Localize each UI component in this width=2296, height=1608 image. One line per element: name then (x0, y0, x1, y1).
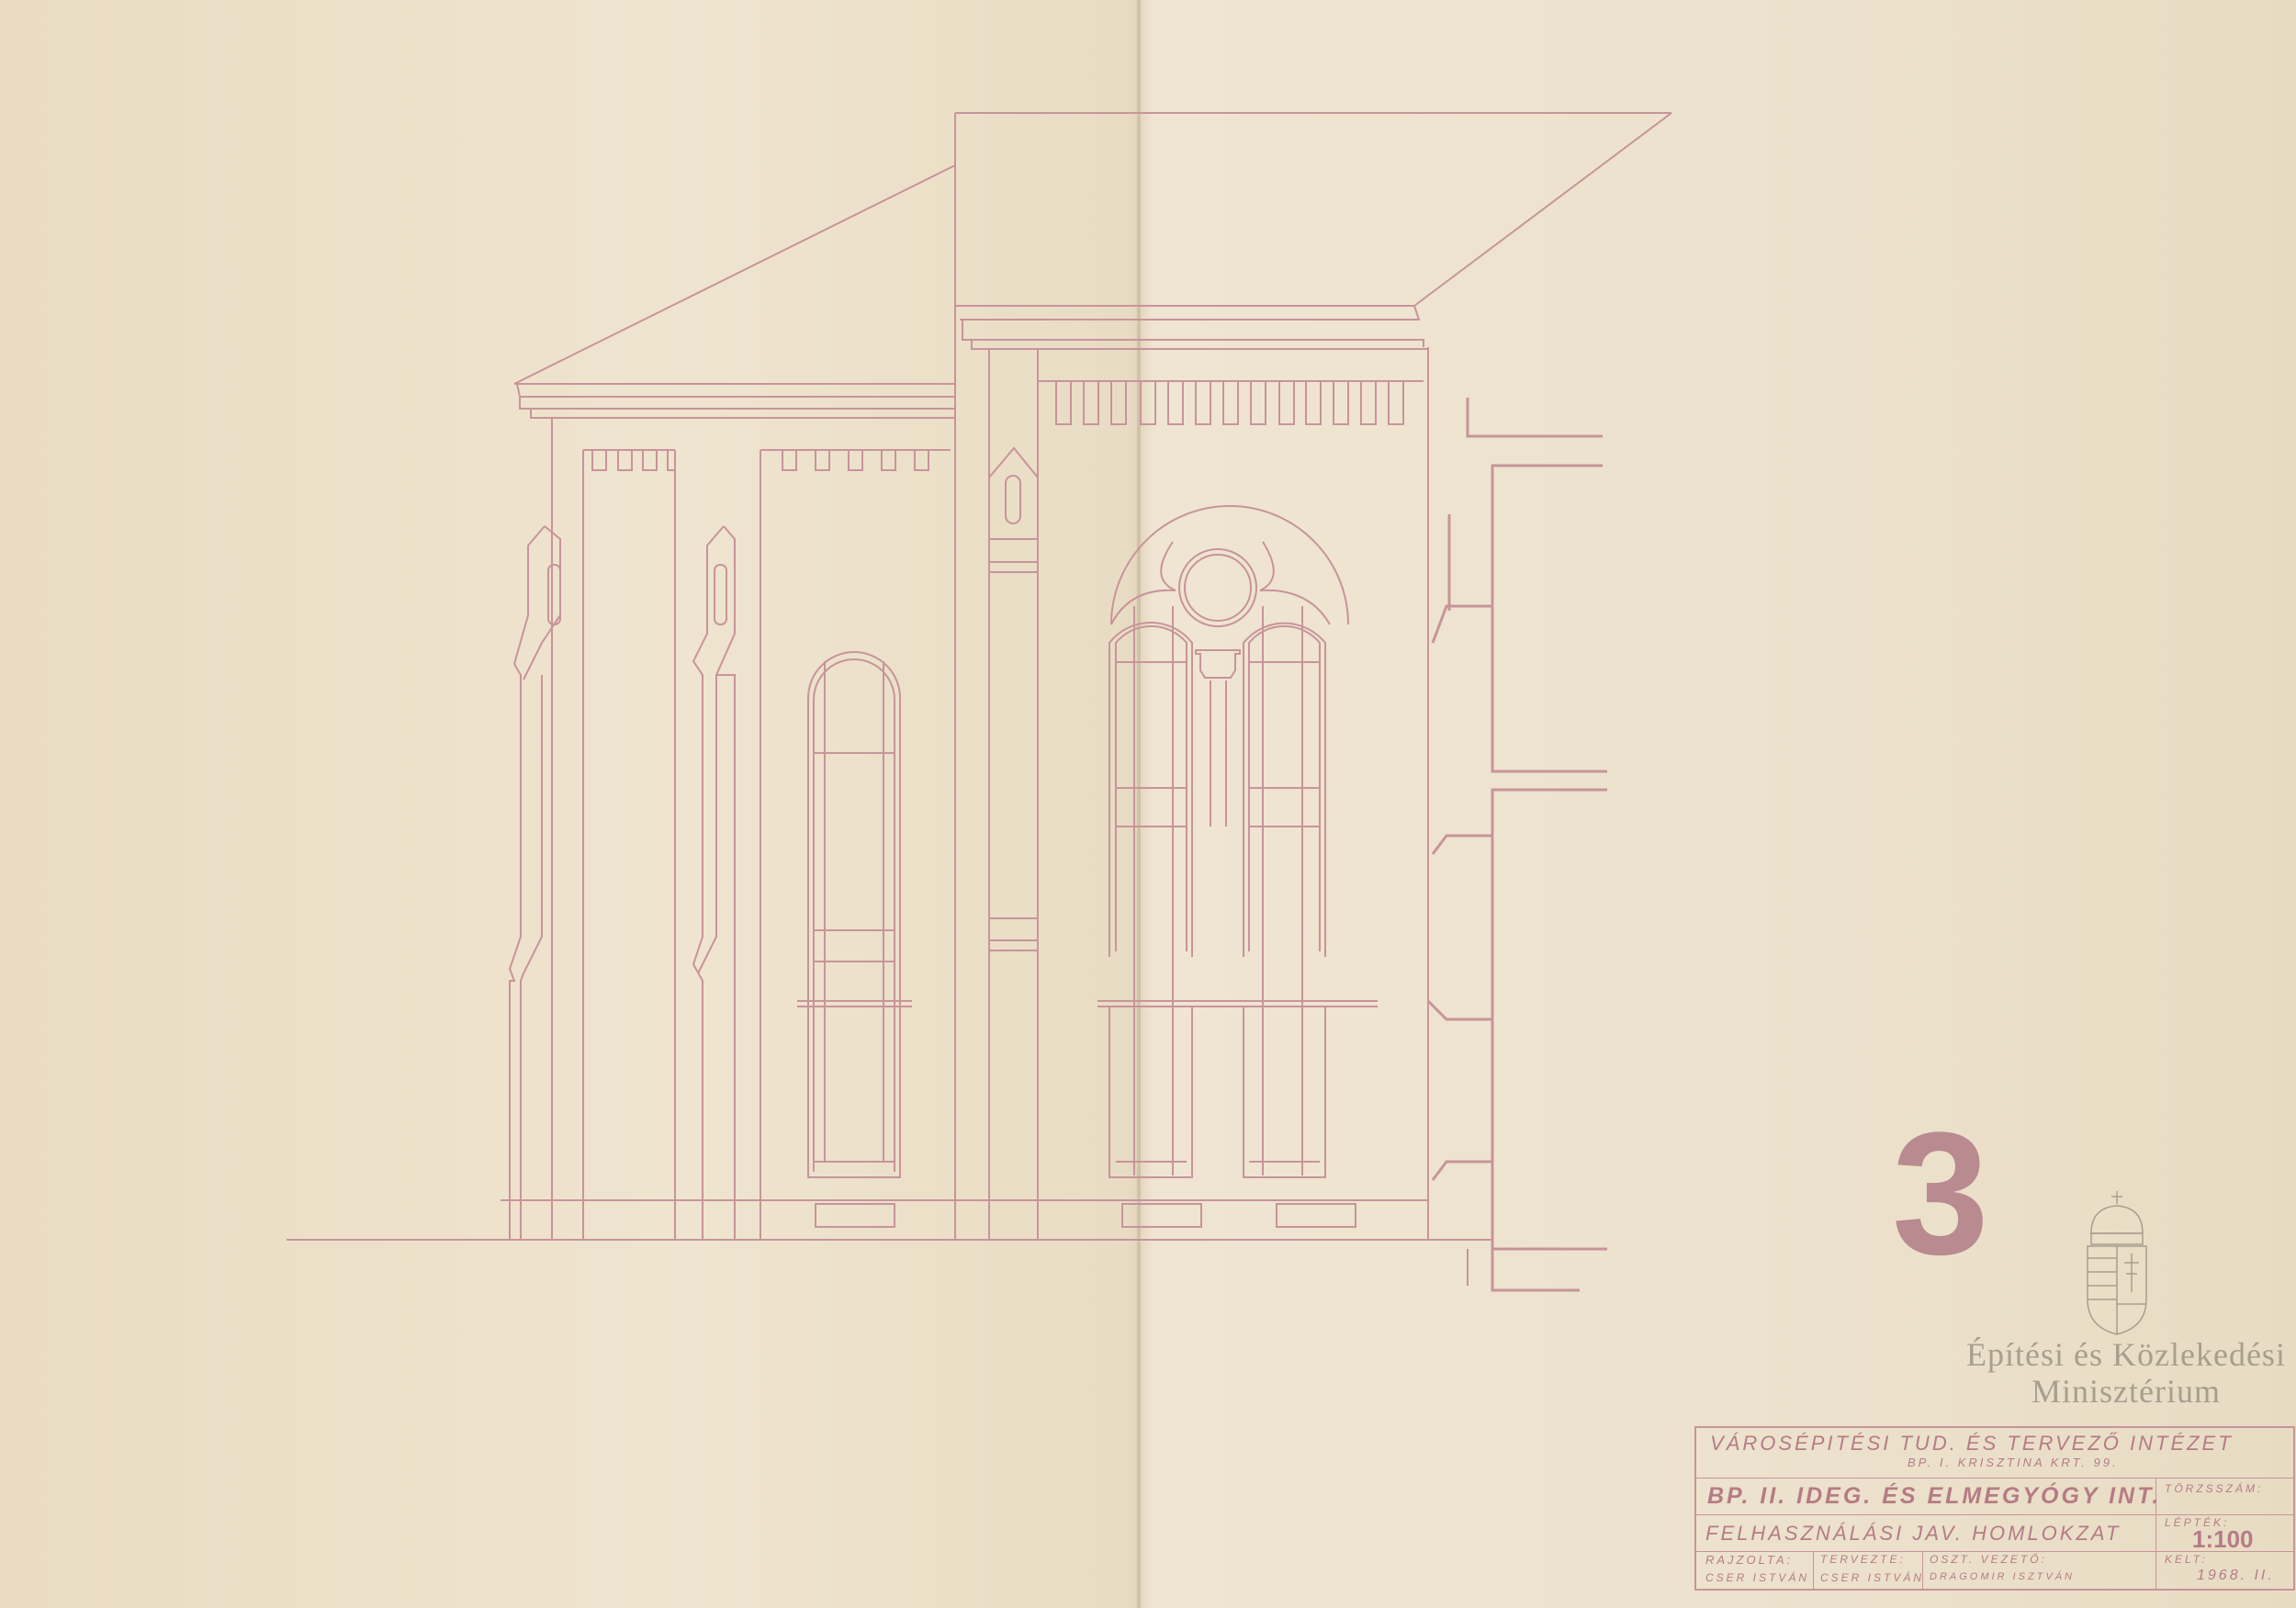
hungarian-coat-of-arms-icon (2080, 1189, 2154, 1336)
drawn-by-label: RAJZOLTA: (1705, 1553, 1793, 1567)
adjoining-wall-section (1428, 398, 1607, 1290)
institute-name: VÁROSÉPITÉSI TUD. ÉS TERVEZŐ INTÉZET (1710, 1432, 2234, 1456)
buttress-left-2 (693, 526, 735, 1240)
title-block-row-project: BP. II. IDEG. ÉS ELMEGYÓGY INT. TÖRZSSZÁ… (1696, 1478, 2293, 1515)
left-tall-window (797, 652, 912, 1227)
project-name: BP. II. IDEG. ÉS ELMEGYÓGY INT. (1707, 1483, 2161, 1510)
title-block-row-drawing: FELHASZNÁLÁSI JAV. HOMLOKZAT LÉPTÉK: 1:1… (1696, 1514, 2293, 1552)
right-dentil-frieze (1038, 381, 1424, 424)
drawn-by-value: CSER ISTVÁN (1705, 1571, 1809, 1584)
scale-value: 1:100 (2192, 1525, 2254, 1554)
title-block-row-institute: VÁROSÉPITÉSI TUD. ÉS TERVEZŐ INTÉZET BP.… (1696, 1428, 2293, 1479)
drawing-title: FELHASZNÁLÁSI JAV. HOMLOKZAT (1705, 1522, 2121, 1546)
designer-label: TERVEZTE: (1820, 1553, 1906, 1566)
designer-value: CSER ISTVÁN (1820, 1571, 1924, 1584)
title-block-row-signatures: RAJZOLTA: CSER ISTVÁN TERVEZTE: CSER IST… (1696, 1551, 2293, 1589)
department-head-label: OSZT. VEZETŐ: (1930, 1553, 2047, 1566)
date-value: 1968. II. (2197, 1568, 2275, 1584)
department-head-value: DRAGOMIR ISZTVÁN (1930, 1571, 2075, 1582)
institute-address: BP. I. KRISZTINA KRT. 99. (1908, 1456, 2119, 1469)
ministry-line-1: Építési és Közlekedési (1956, 1336, 2296, 1373)
ministry-watermark: Építési és Közlekedési Minisztérium (1956, 1336, 2296, 1410)
date-label: KELT: (2165, 1553, 2208, 1566)
pilaster-lancet (989, 448, 1038, 950)
sheet-number: 3 (1892, 1107, 1989, 1281)
facade-elevation-drawing (0, 0, 2296, 1608)
ministry-line-2: Minisztérium (1956, 1373, 2296, 1410)
title-block: VÁROSÉPITÉSI TUD. ÉS TERVEZŐ INTÉZET BP.… (1694, 1426, 2295, 1591)
right-twin-windows (1097, 506, 1378, 1227)
register-label: TÖRZSSZÁM: (2165, 1482, 2263, 1495)
